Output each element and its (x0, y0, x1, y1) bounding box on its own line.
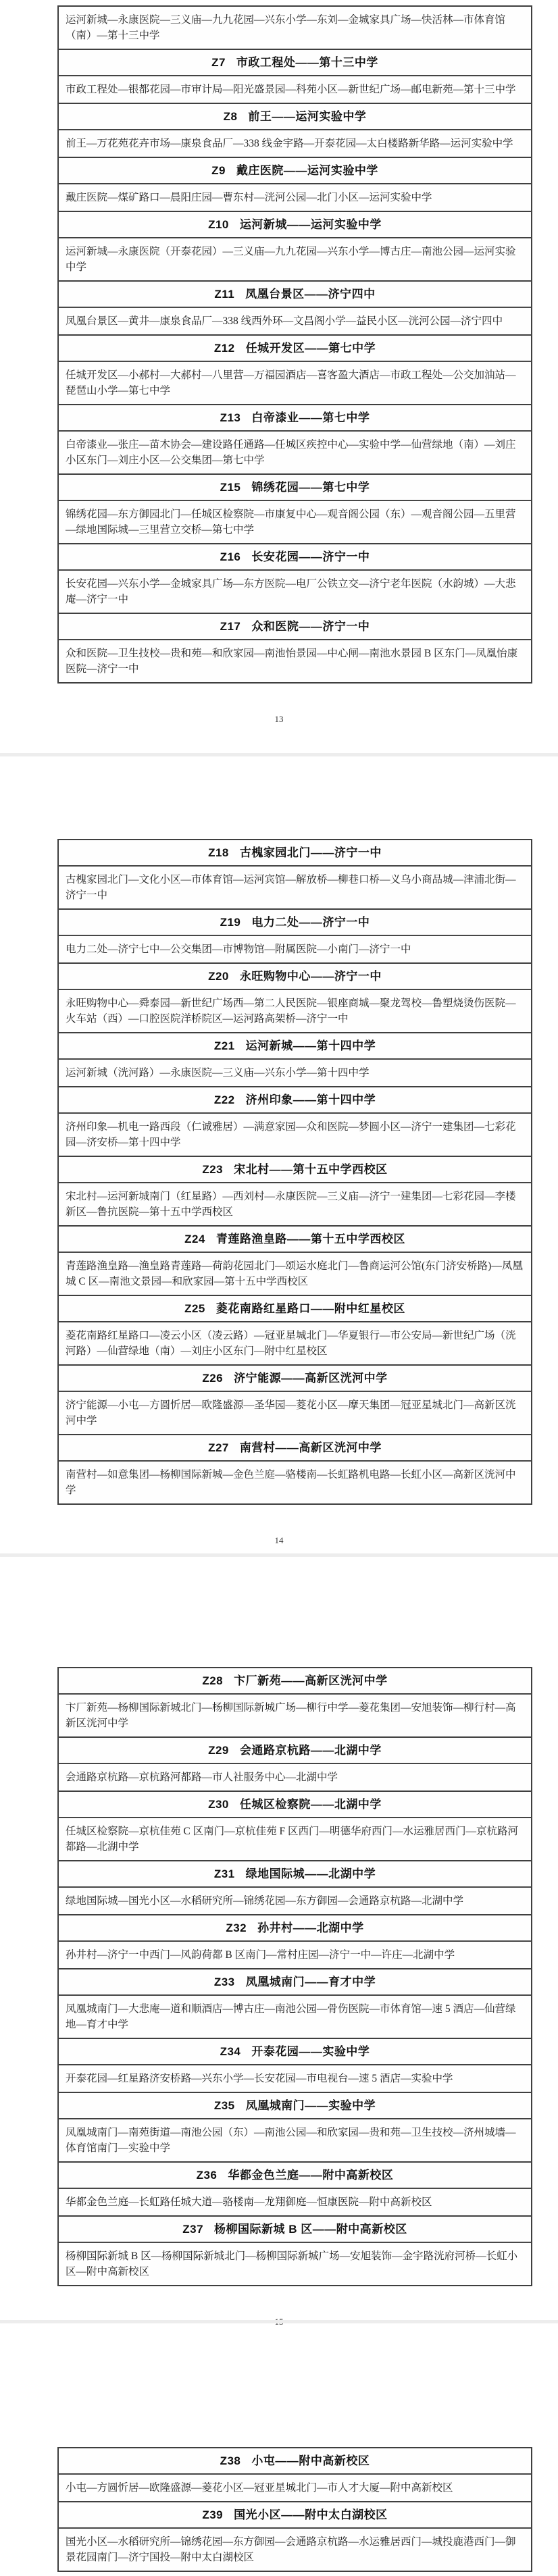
route-stops-row: 锦绣花园—东方御园北门—任城区检察院—市康复中心—观音阁公园（东）—观音阁公园—… (59, 500, 531, 543)
route-code: Z23 (202, 1163, 223, 1176)
page-gap-shadow (0, 753, 558, 756)
route-stops-row: 运河新城—永康医院—三义庙—九九花园—兴东小学—东刘—金城家具广场—快活林—市体… (59, 7, 531, 49)
route-code: Z11 (214, 288, 234, 301)
document-pages: 运河新城—永康医院—三义庙—九九花园—兴东小学—东刘—金城家具广场—快活林—市体… (0, 5, 558, 2572)
route-header-row: Z30任城区检察院——北湖中学 (59, 1791, 531, 1818)
route-title: 凤凰台景区——济宁四中 (245, 288, 376, 301)
route-header-row: Z29会通路京杭路——北湖中学 (59, 1736, 531, 1763)
route-code: Z15 (220, 481, 241, 494)
route-stops-row: 凤凰城南门—大悲庵—道和顺酒店—博古庄—南池公园—骨伤医院—市体育馆—速 5 酒… (59, 1995, 531, 2038)
route-code: Z24 (184, 1233, 205, 1245)
route-title: 卞厂新苑——高新区洸河中学 (234, 1674, 388, 1687)
page-13: 运河新城—永康医院—三义庙—九九花园—兴东小学—东刘—金城家具广场—快活林—市体… (0, 5, 558, 725)
bus-route-table: Z38小屯——附中高新校区小屯—方圆忻居—欧隆盛源—菱花小区—冠亚星城北门—市人… (57, 2447, 532, 2572)
bus-route-table: 运河新城—永康医院—三义庙—九九花园—兴东小学—东刘—金城家具广场—快活林—市体… (57, 5, 532, 684)
route-code: Z35 (214, 2099, 235, 2112)
route-title: 青莲路渔皇路——第十五中学西校区 (216, 1233, 405, 1245)
route-code: Z36 (197, 2169, 218, 2182)
route-stops-row: 长安花园—兴东小学—金城家具广场—东方医院—电厂公铁立交—济宁老年医院（水韵城）… (59, 570, 531, 613)
bus-route-table: Z28卞厂新苑——高新区洸河中学卞厂新苑—杨柳国际新城北门—杨柳国际新城广场—柳… (57, 1667, 532, 2286)
route-code: Z39 (202, 2508, 223, 2521)
route-stops-row: 菱花南路红星路口—凌云小区（凌云路）—冠亚星城北门—华夏银行—市公安局—新世纪广… (59, 1322, 531, 1364)
route-stops-row: 青莲路渔皇路—渔皇路青莲路—荷韵花园北门—颂运水庭北门—鲁商运河公馆(东门济安桥… (59, 1252, 531, 1295)
route-header-row: Z19电力二处——济宁一中 (59, 908, 531, 935)
route-title: 绿地国际城——北湖中学 (246, 1867, 376, 1880)
route-header-row: Z23宋北村——第十五中学西校区 (59, 1156, 531, 1183)
route-code: Z30 (208, 1798, 229, 1811)
route-code: Z29 (208, 1744, 229, 1757)
route-header-row: Z37杨柳国际新城 B 区——附中高新校区 (59, 2215, 531, 2242)
route-header-row: Z22济州印象——第十四中学 (59, 1086, 531, 1113)
route-code: Z37 (182, 2223, 203, 2236)
route-header-row: Z26济宁能源——高新区洸河中学 (59, 1364, 531, 1391)
route-stops-row: 杨柳国际新城 B 区—杨柳国际新城北门—杨柳国际新城广场—安旭装饰—金宇路洸府河… (59, 2242, 531, 2285)
route-title: 杨柳国际新城 B 区——附中高新校区 (214, 2223, 407, 2236)
route-stops-row: 开泰花园—红星路济安桥路—兴东小学—长安花园—市电视台—速 5 酒店—实验中学 (59, 2065, 531, 2092)
route-code: Z10 (208, 218, 229, 231)
route-stops-row: 济州印象—机电一路西段（仁诚雅居）—满意家园—众和医院—梦圆小区—济宁一建集团—… (59, 1113, 531, 1156)
route-header-row: Z18古槐家园北门——济宁一中 (59, 840, 531, 866)
route-header-row: Z16长安花园——济宁一中 (59, 543, 531, 570)
route-title: 小屯——附中高新校区 (251, 2454, 370, 2467)
route-stops-row: 宋北村—运河新城南门（红星路）—西刘村—永康医院—三义庙—济宁一建集团—七彩花园… (59, 1183, 531, 1225)
route-title: 古槐家园北门——济宁一中 (240, 846, 382, 859)
route-title: 华都金色兰庭——附中高新校区 (228, 2169, 393, 2182)
route-title: 国光小区——附中太白湖校区 (234, 2508, 388, 2521)
page-last: Z38小屯——附中高新校区小屯—方圆忻居—欧隆盛源—菱花小区—冠亚星城北门—市人… (0, 2328, 558, 2572)
route-stops-row: 运河新城—永康医院（开泰花园）—三义庙—九九花园—兴东小学—博古庄—南池公园—运… (59, 238, 531, 280)
route-title: 开泰花园——实验中学 (251, 2045, 370, 2058)
route-code: Z17 (220, 620, 241, 633)
route-title: 长安花园——济宁一中 (251, 550, 370, 563)
route-stops-row: 济宁能源—小屯—方圆忻居—欧隆盛源—圣华园—菱花小区—摩天集团—冠亚星城北门—高… (59, 1391, 531, 1434)
page-number: 14 (0, 1535, 558, 1547)
route-header-row: Z17众和医院——济宁一中 (59, 613, 531, 640)
route-stops-row: 凤凰台景区—黄井—康泉食品厂—338 线西外环—文昌阁小学—益民小区—洸河公园—… (59, 307, 531, 334)
route-title: 任城区检察院——北湖中学 (240, 1798, 382, 1811)
route-code: Z18 (208, 846, 229, 859)
route-code: Z33 (214, 1976, 235, 1988)
route-header-row: Z35凤凰城南门——实验中学 (59, 2092, 531, 2119)
route-title: 任城开发区——第七中学 (246, 342, 376, 355)
route-stops-row: 小屯—方圆忻居—欧隆盛源—菱花小区—冠亚星城北门—市人才大厦—附中高新校区 (59, 2474, 531, 2501)
route-title: 前王——运河实验中学 (248, 110, 366, 123)
route-code: Z22 (214, 1093, 235, 1106)
route-code: Z19 (220, 916, 241, 929)
route-stops-row: 市政工程处—银都花园—市审计局—阳光盛景园—科苑小区—新世纪广场—邮电新苑—第十… (59, 76, 531, 103)
route-code: Z8 (224, 110, 238, 123)
route-header-row: Z15锦绣花园——第七中学 (59, 473, 531, 500)
route-code: Z34 (220, 2045, 241, 2058)
route-stops-row: 会通路京杭路—京杭路河都路—市人社服务中心—北湖中学 (59, 1763, 531, 1791)
route-title: 市政工程处——第十三中学 (236, 56, 378, 69)
route-header-row: Z20永旺购物中心——济宁一中 (59, 962, 531, 989)
route-code: Z31 (214, 1867, 235, 1880)
route-header-row: Z12任城开发区——第七中学 (59, 334, 531, 361)
route-header-row: Z38小屯——附中高新校区 (59, 2448, 531, 2474)
route-stops-row: 任城开发区—小郝村—大郝村—八里营—万福园酒店—喜客盈大酒店—市政工程处—公交加… (59, 361, 531, 404)
route-header-row: Z39国光小区——附中太白湖校区 (59, 2501, 531, 2528)
route-title: 济州印象——第十四中学 (246, 1093, 376, 1106)
route-title: 永旺购物中心——济宁一中 (240, 970, 382, 983)
route-code: Z38 (220, 2454, 241, 2467)
page-gap-shadow (0, 2320, 558, 2323)
route-header-row: Z25菱花南路红星路口——附中红星校区 (59, 1295, 531, 1322)
route-header-row: Z28卞厂新苑——高新区洸河中学 (59, 1668, 531, 1694)
route-title: 电力二处——济宁一中 (251, 916, 370, 929)
route-title: 会通路京杭路——北湖中学 (240, 1744, 382, 1757)
route-stops-row: 任城区检察院—京杭佳苑 C 区南门—京杭佳苑 F 区西门—明德华府西门—水运雅居… (59, 1818, 531, 1860)
route-stops-row: 前王—万花苑花卉市场—康泉食品厂—338 线金宇路—开泰花园—太白楼路新华路—运… (59, 130, 531, 157)
route-code: Z16 (220, 550, 241, 563)
route-stops-row: 凤凰城南门—南苑街道—南池公园（东）—南池公园—和欣家园—贵和苑—卫生技校—济州… (59, 2119, 531, 2161)
route-title: 南营村——高新区洸河中学 (240, 1441, 382, 1454)
route-stops-row: 卞厂新苑—杨柳国际新城北门—杨柳国际新城广场—柳行中学—菱花集团—安旭装饰—柳行… (59, 1694, 531, 1736)
route-stops-row: 孙井村—济宁一中西门—风韵荷都 B 区南门—常村庄园—济宁一中—许庄—北湖中学 (59, 1941, 531, 1968)
bus-route-table: Z18古槐家园北门——济宁一中古槐家园北门—文化小区—市体育馆—运河宾馆—解放桥… (57, 839, 532, 1505)
route-code: Z32 (226, 1922, 247, 1934)
route-title: 宋北村——第十五中学西校区 (234, 1163, 388, 1176)
route-stops-row: 电力二处—济宁七中—公交集团—市博物馆—附属医院—小南门—济宁一中 (59, 935, 531, 962)
route-stops-row: 南营村—如意集团—杨柳国际新城—金色兰庭—骆楼南—长虹路机电路—长虹小区—高新区… (59, 1461, 531, 1503)
route-title: 运河新城——第十四中学 (246, 1039, 376, 1052)
route-header-row: Z7市政工程处——第十三中学 (59, 49, 531, 76)
route-code: Z13 (220, 411, 241, 424)
route-title: 孙井村——北湖中学 (257, 1922, 364, 1934)
route-stops-row: 绿地国际城—国光小区—水稻研究所—锦绣花园—东方御园—会通路京杭路—北湖中学 (59, 1887, 531, 1914)
route-title: 白帝漆业——第七中学 (251, 411, 370, 424)
route-stops-row: 众和医院—卫生技校—贵和苑—和欣家园—南池怡景园—中心闸—南池水景园 B 区东门… (59, 640, 531, 682)
route-code: Z7 (211, 56, 226, 69)
route-code: Z20 (208, 970, 229, 983)
route-title: 菱花南路红星路口——附中红星校区 (216, 1302, 405, 1315)
route-title: 济宁能源——高新区洸河中学 (234, 1372, 388, 1385)
route-code: Z28 (202, 1674, 223, 1687)
route-title: 众和医院——济宁一中 (251, 620, 370, 633)
page-number: 13 (0, 713, 558, 725)
route-header-row: Z24青莲路渔皇路——第十五中学西校区 (59, 1225, 531, 1252)
route-title: 凤凰城南门——实验中学 (246, 2099, 376, 2112)
page-gap-shadow (0, 1553, 558, 1557)
route-stops-row: 永旺购物中心—舜泰园—新世纪广场西—第二人民医院—银座商城—聚龙驾校—鲁塑烧烫伤… (59, 989, 531, 1032)
route-stops-row: 运河新城（洸河路）—永康医院—三义庙—兴东小学—第十四中学 (59, 1059, 531, 1086)
page-14: Z18古槐家园北门——济宁一中古槐家园北门—文化小区—市体育馆—运河宾馆—解放桥… (0, 725, 558, 1547)
route-header-row: Z27南营村——高新区洸河中学 (59, 1434, 531, 1461)
route-stops-row: 白帝漆业—张庄—苗木协会—建设路任通路—任城区疾控中心—实验中学—仙营绿地（南）… (59, 431, 531, 473)
route-title: 凤凰城南门——育才中学 (246, 1976, 376, 1988)
route-header-row: Z11凤凰台景区——济宁四中 (59, 280, 531, 307)
route-code: Z26 (202, 1372, 223, 1385)
route-header-row: Z36华都金色兰庭——附中高新校区 (59, 2161, 531, 2188)
page-15: Z28卞厂新苑——高新区洸河中学卞厂新苑—杨柳国际新城北门—杨柳国际新城广场—柳… (0, 1547, 558, 2328)
route-header-row: Z21运河新城——第十四中学 (59, 1032, 531, 1059)
route-header-row: Z13白帝漆业——第七中学 (59, 404, 531, 431)
route-code: Z12 (214, 342, 235, 355)
route-stops-row: 国光小区—水稻研究所—锦绣花园—东方御园—会通路京杭路—水运雅居西门—城投鹿港西… (59, 2528, 531, 2571)
route-header-row: Z33凤凰城南门——育才中学 (59, 1968, 531, 1995)
route-header-row: Z32孙井村——北湖中学 (59, 1914, 531, 1941)
route-stops-row: 华都金色兰庭—长虹路任城大道—骆楼南—龙翔御庭—恒康医院—附中高新校区 (59, 2188, 531, 2215)
route-header-row: Z9戴庄医院——运河实验中学 (59, 157, 531, 184)
route-code: Z27 (208, 1441, 229, 1454)
route-title: 戴庄医院——运河实验中学 (236, 164, 378, 177)
route-title: 锦绣花园——第七中学 (251, 481, 370, 494)
route-header-row: Z34开泰花园——实验中学 (59, 2038, 531, 2065)
route-code: Z9 (211, 164, 226, 177)
route-code: Z21 (214, 1039, 235, 1052)
route-title: 运河新城——运河实验中学 (240, 218, 382, 231)
route-stops-row: 戴庄医院—煤矿路口—晨阳庄园—曹东村—洸河公园—北门小区—运河实验中学 (59, 184, 531, 211)
route-header-row: Z10运河新城——运河实验中学 (59, 211, 531, 238)
route-stops-row: 古槐家园北门—文化小区—市体育馆—运河宾馆—解放桥—柳巷口桥—义乌小商品城—津浦… (59, 866, 531, 908)
route-header-row: Z8前王——运河实验中学 (59, 103, 531, 130)
route-code: Z25 (184, 1302, 205, 1315)
route-header-row: Z31绿地国际城——北湖中学 (59, 1860, 531, 1887)
